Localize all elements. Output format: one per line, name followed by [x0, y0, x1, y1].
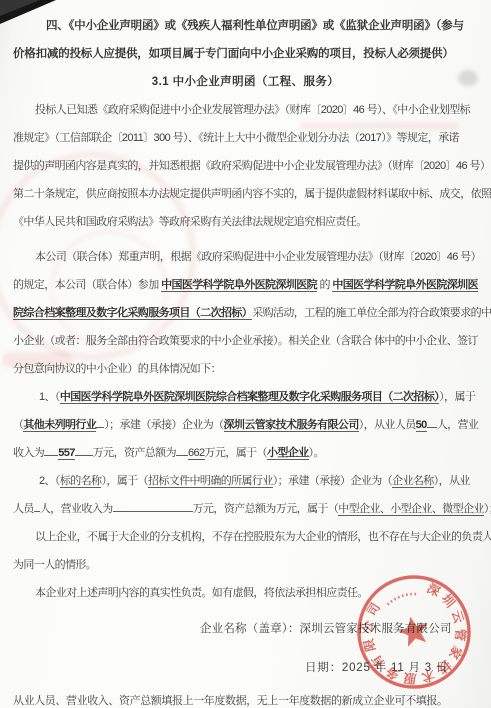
text-segment: 662 [188, 447, 205, 460]
fill-in-blank [176, 444, 188, 456]
text-segment: 557 [58, 447, 75, 460]
doc-line-18: 人员人，营业收入为万元，资产总额为万元，属于（中型企业、小型企业、微型企业）； [13, 495, 478, 523]
declaration-letter-body: 四、《中小企业声明函》或《残疾人福利性单位声明函》或《监狱企业声明函》（参与价格… [0, 0, 491, 708]
text-segment: 第二十条规定，供应商按照本办法规定提供声明函内容不实的，属于提供虚假材料谋取中标… [13, 188, 491, 200]
text-segment: 企业名称（盖章）：深圳云管家技术服务有限公司 [200, 623, 452, 635]
doc-line-6: 提供的声明函内容是真实的，并知悉根据《政府采购促进中小企业发展管理办法》（财库〔… [13, 152, 478, 180]
text-segment: 以上企业，不属于大企业的分支机构，不存在控股股东为大企业的情形，也不存在与大企业… [35, 531, 491, 543]
text-segment: 中型企业、小型企业、微型企业 [338, 503, 484, 516]
scanned-document-page: 四、《中小企业声明函》或《残疾人福利性单位声明函》或《监狱企业声明函》（参与价格… [0, 0, 491, 708]
text-segment: 的 [317, 279, 332, 291]
text-segment: 院综合档案整理及数字化采购服务项目（二次招标） [13, 307, 252, 320]
text-segment: ），属于 [439, 391, 475, 403]
text-segment: 小企业（或者：服务全部由符合政策要求的中小企业承接）。相关企业（含联合 体中的中… [13, 335, 478, 347]
text-segment: 《中华人民共和国政府采购法》等政府采购有关法律法规规定追究相应责任。 [13, 216, 367, 228]
text-segment: ），属于（ [101, 475, 148, 487]
fill-in-blank [75, 444, 93, 456]
text-segment: 小型企业 [267, 447, 309, 460]
doc-line-24: 从业人员、营业收入、资产总额填报上一年度数据，无上一年度数据的新成立企业可不填报… [13, 687, 478, 708]
doc-line-3: 3.1 中小企业声明函（工程、服务） [13, 68, 478, 96]
text-segment: 人，营业 [437, 419, 479, 431]
text-segment: 采购活动，工程的施工单位全部为符合政策要求的中 [252, 307, 491, 319]
doc-line-11: 院综合档案整理及数字化采购服务项目（二次招标）采购活动，工程的施工单位全部为符合… [13, 299, 478, 327]
doc-line-7: 第二十条规定，供应商按照本办法规定提供声明函内容不实的，属于提供虚假材料谋取中标… [13, 180, 478, 208]
doc-line-2: 价格扣减的投标人应提供，如项目属于专门面向中小企业采购的项目，投标人必须提供） [13, 40, 478, 68]
doc-line-17: 2、（标的名称），属于（招标文件中明确的所属行业）；承建（承接）企业为（企业名称… [13, 467, 478, 495]
doc-line-4: 投标人已知悉《政府采购促进中小企业发展管理办法》（财库〔2020〕46 号）、《… [13, 96, 478, 124]
text-segment: 招标文件中明确的所属行业 [148, 475, 273, 488]
text-segment: 其他未列明行业 [23, 419, 96, 432]
doc-line-12: 小企业（或者：服务全部由符合政策要求的中小企业承接）。相关企业（含联合 体中的中… [13, 327, 478, 355]
text-segment: ），从业 [434, 475, 470, 487]
text-segment: ），从业人员 [359, 419, 416, 431]
text-segment: 人，营业收入为 [40, 503, 113, 515]
doc-line-23: 日期：2025 年 11 月 3 日 [13, 654, 478, 682]
text-segment: ）。 [309, 447, 324, 459]
text-segment: 标的名称 [60, 475, 102, 488]
doc-line-22: 企业名称（盖章）：深圳云管家技术服务有限公司 [13, 615, 478, 643]
doc-line-14: 1、（中国医学科学院阜外医院深圳医院综合档案整理及数字化采购服务项目（二次招标）… [13, 383, 478, 411]
text-segment: 企业名称 [392, 475, 434, 488]
doc-line-1: 四、《中小企业声明函》或《残疾人福利性单位声明函》或《监狱企业声明函》（参与 [13, 12, 478, 40]
text-segment: ）；承建（承接）企业为（ [273, 475, 392, 487]
text-segment: 从业人员、营业收入、资产总额填报上一年度数据，无上一年度数据的新成立企业可不填报… [13, 695, 448, 707]
fill-in-blank [427, 416, 437, 428]
text-segment: 中国医学科学院阜外医院深圳医 [332, 279, 478, 292]
doc-line-15: （其他未列明行业）；承建（承接）企业为（深圳云管家技术服务有限公司），从业人员5… [13, 411, 478, 439]
text-segment: 收入为 [13, 447, 44, 459]
doc-line-20: 为同一人的情形。 [13, 551, 478, 579]
doc-line-16: 收入为557万元，资产总额为662万元，属于（小型企业）。 [13, 439, 478, 467]
text-segment: 深圳云管家技术服务有限公司 [224, 419, 359, 432]
text-segment: 人员 [13, 503, 34, 515]
text-segment: 投标人已知悉《政府采购促进中小企业发展管理办法》（财库〔2020〕46 号）、《… [35, 104, 470, 116]
text-segment: 为同一人的情形。 [13, 559, 96, 571]
text-segment: 日期：2025 年 11 月 3 日 [305, 662, 448, 674]
text-segment: 50 [416, 419, 427, 432]
doc-line-19: 以上企业，不属于大企业的分支机构，不存在控股股东为大企业的情形，也不存在与大企业… [13, 523, 478, 551]
text-segment: 万元，资产总额为万元，属于（ [193, 503, 339, 515]
text-segment: 中国医学科学院阜外医院深圳医院综合档案整理及数字化采购服务项目（二次招标） [60, 391, 439, 404]
text-segment: 万元，属于（ [205, 447, 267, 459]
text-segment: 万元，资产总额为 [93, 447, 176, 459]
text-segment: 四、《中小企业声明函》或《残疾人福利性单位声明函》或《监狱企业声明函》（参与 [46, 20, 464, 32]
text-segment: ）； [484, 503, 491, 515]
doc-line-8: 《中华人民共和国政府采购法》等政府采购有关法律法规规定追究相应责任。 [13, 208, 478, 236]
text-segment: 本公司（联合体）郑重声明，根据《政府采购促进中小企业发展管理办法》（财库〔202… [35, 251, 481, 263]
text-segment: 价格扣减的投标人应提供，如项目属于专门面向中小企业采购的项目，投标人必须提供） [13, 48, 454, 60]
doc-line-13: 分包意向协议的中小企业）的具体情况如下： [13, 355, 478, 383]
text-segment: 的规定，本公司（联合体）参加 [13, 279, 161, 291]
text-segment: 1、（ [39, 391, 60, 403]
text-segment: 分包意向协议的中小企业）的具体情况如下： [13, 363, 221, 375]
doc-line-21: 本企业对上述声明内容的真实性负责。如有虚假，将依法承担相应责任。 [13, 579, 478, 607]
text-segment: 本企业对上述声明内容的真实性负责。如有虚假，将依法承担相应责任。 [35, 587, 368, 599]
text-segment: 准规定》（工信部联企〔2011〕300 号）、《统计上大中小微型企业划分办法（2… [13, 132, 459, 144]
text-segment: 中国医学科学院阜外医院深圳医院 [161, 279, 317, 292]
fill-in-blank [113, 500, 193, 512]
fill-in-blank [44, 444, 58, 456]
doc-line-10: 的规定，本公司（联合体）参加 中国医学科学院阜外医院深圳医院 的 中国医学科学院… [13, 271, 478, 299]
text-segment: （ [13, 419, 23, 431]
doc-line-9: 本公司（联合体）郑重声明，根据《政府采购促进中小企业发展管理办法》（财库〔202… [13, 243, 478, 271]
text-segment: ）；承建（承接）企业为（ [104, 419, 223, 431]
text-segment: 提供的声明函内容是真实的，并知悉根据《政府采购促进中小企业发展管理办法》（财库〔… [13, 160, 490, 172]
text-segment: 2、（ [39, 475, 60, 487]
text-segment: 3.1 中小企业声明函（工程、服务） [152, 76, 339, 88]
doc-line-5: 准规定》（工信部联企〔2011〕300 号）、《统计上大中小微型企业划分办法（2… [13, 124, 478, 152]
